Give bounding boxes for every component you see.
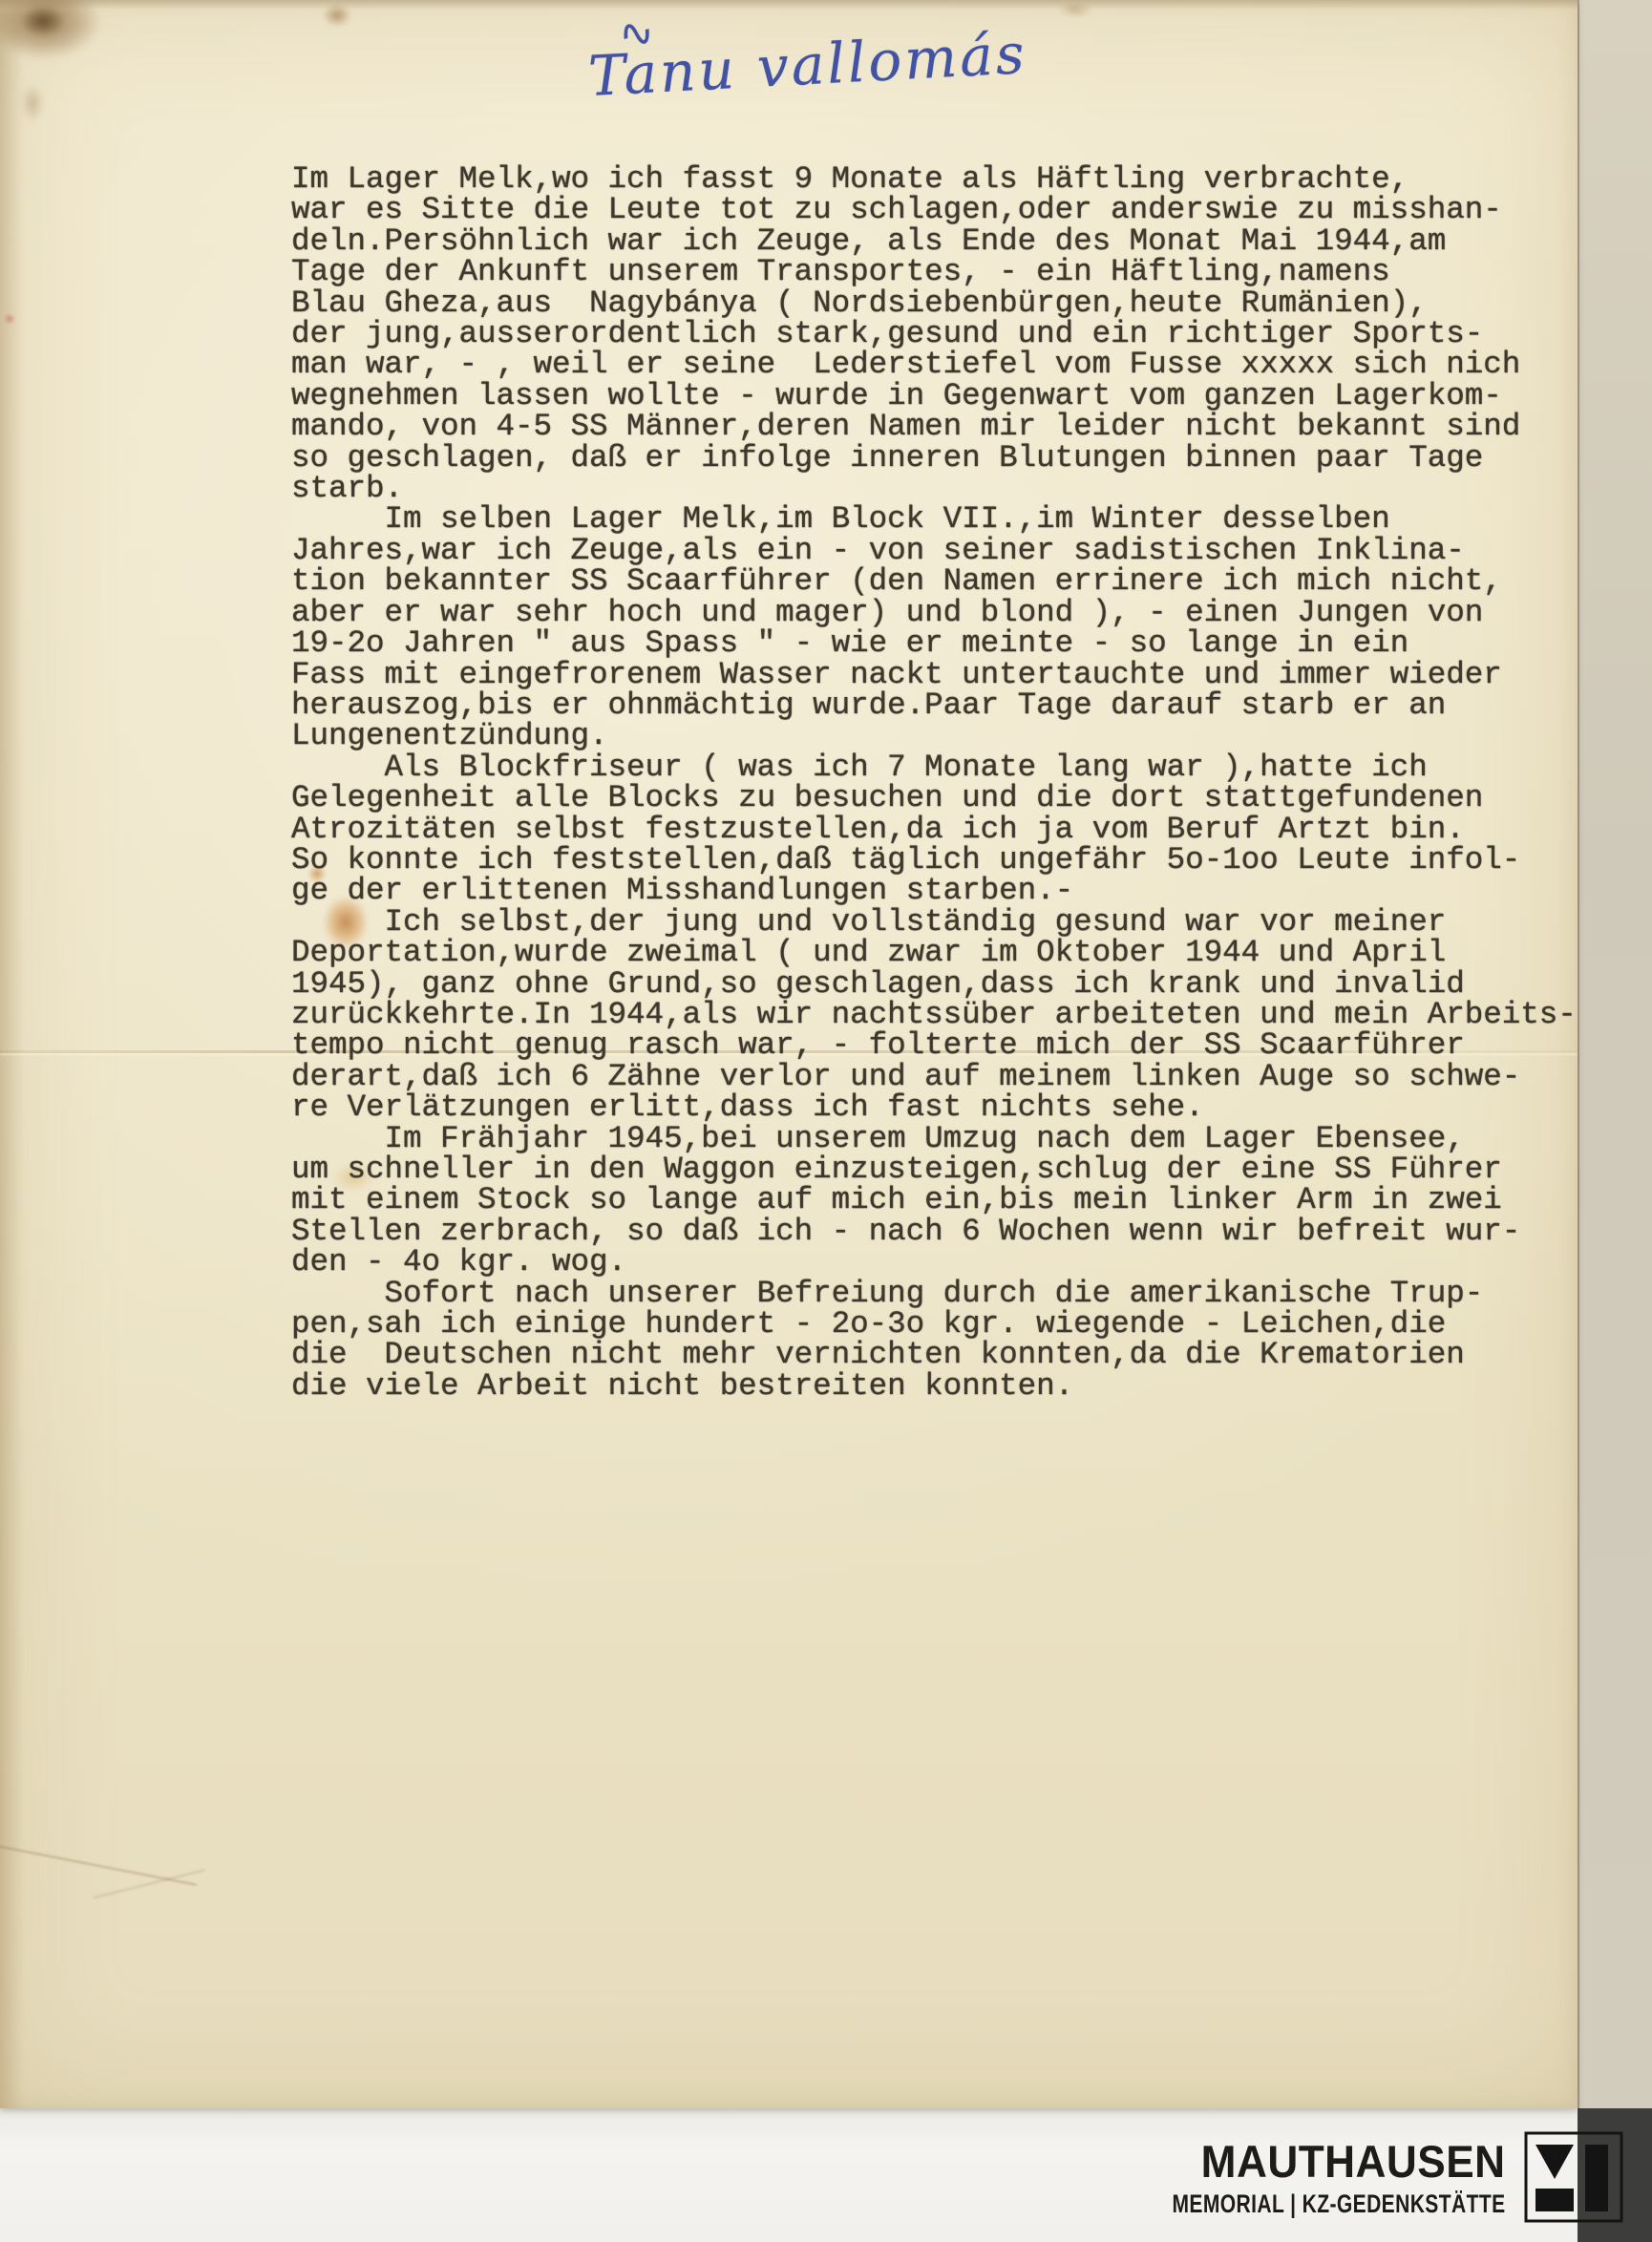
stain <box>323 4 351 27</box>
stain <box>21 6 65 36</box>
stain <box>1058 2 1092 17</box>
memorial-brand: MAUTHAUSEN <box>1104 2139 1506 2184</box>
stain <box>4 313 15 325</box>
stain <box>21 84 44 122</box>
memorial-footer: MAUTHAUSEN MEMORIAL | KZ-GEDENKSTÄTTE <box>0 2131 1623 2223</box>
memorial-brand-block: MAUTHAUSEN MEMORIAL | KZ-GEDENKSTÄTTE <box>1078 2131 1506 2219</box>
handwritten-annotation: ∿Tanu vallomás <box>587 21 1029 109</box>
paper-edge-strip <box>1578 0 1652 2108</box>
document-paper: ∿Tanu vallomás Im Lager Melk,wo ich fass… <box>0 0 1578 2108</box>
typewritten-text: Im Lager Melk,wo ich fasst 9 Monate als … <box>291 164 1577 1402</box>
memorial-subtitle: MEMORIAL | KZ-GEDENKSTÄTTE <box>1173 2189 1506 2219</box>
paper-edge-shading <box>0 0 1578 10</box>
scanned-document: ∿Tanu vallomás Im Lager Melk,wo ich fass… <box>0 0 1652 2242</box>
mauthausen-memorial-logo-icon <box>1524 2131 1623 2223</box>
